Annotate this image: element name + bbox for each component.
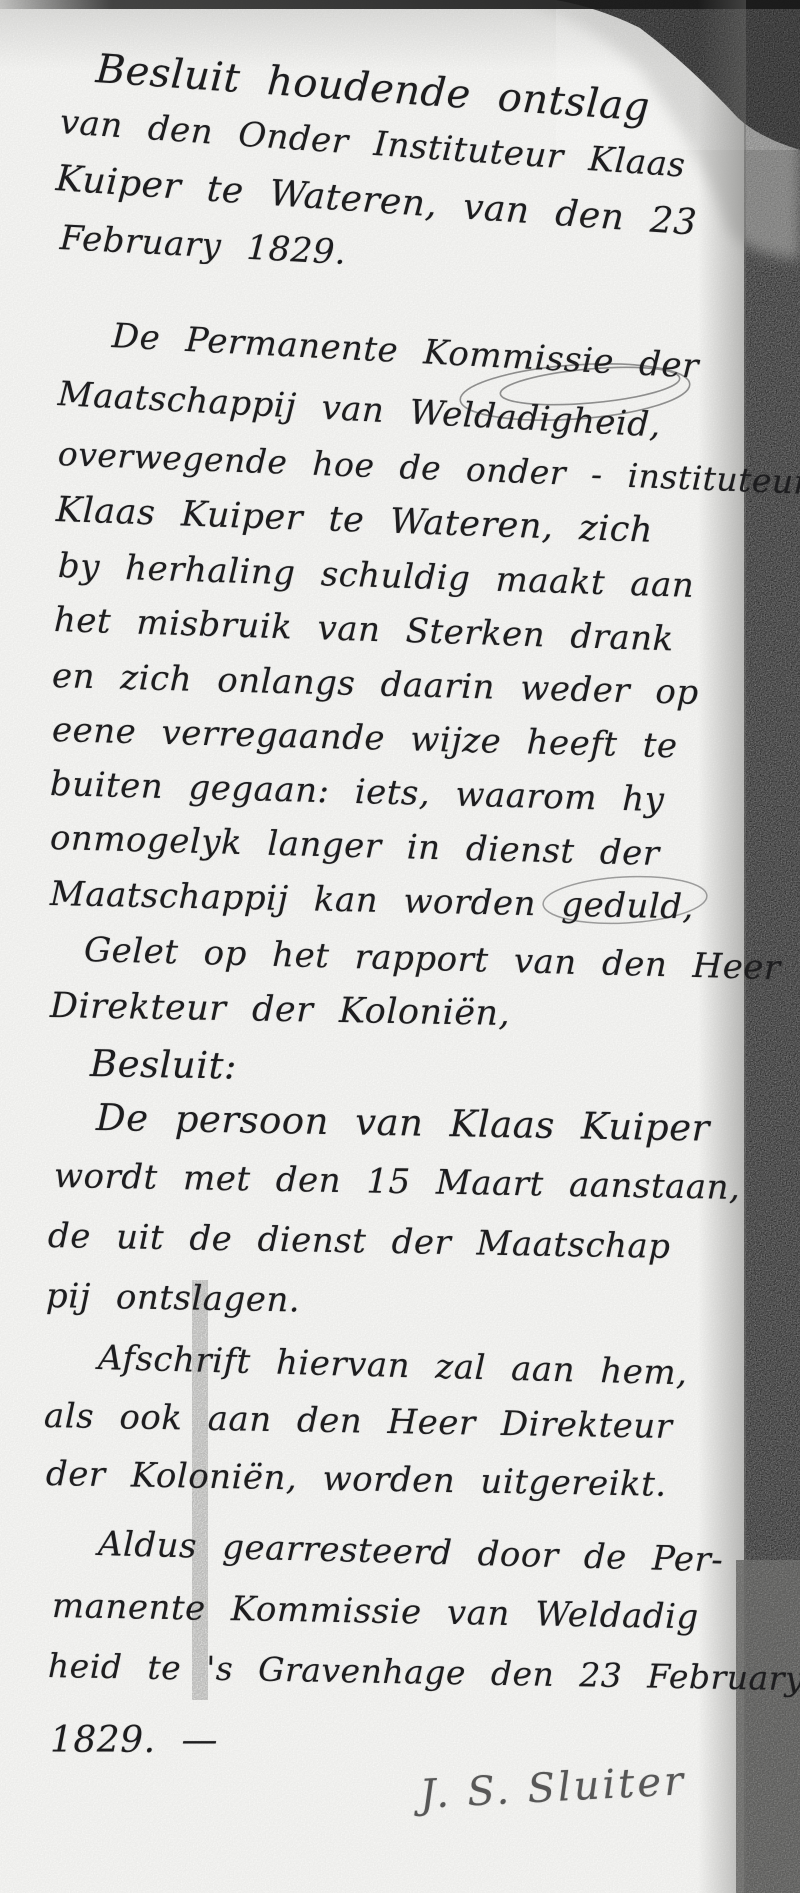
text-line: Direkteur der Koloniën,	[50, 986, 511, 1034]
text-line: en zich onlangs daarin weder op	[51, 656, 699, 713]
text-line: overwegende hoe de onder - instituteur	[57, 434, 800, 502]
text-line: als ook aan den Heer Direkteur	[44, 1396, 673, 1447]
text-line: Klaas Kuiper te Wateren, zich	[55, 490, 653, 551]
text-line: Gelet op het rapport van den Heer	[83, 930, 781, 988]
signature: J. S. Sluiter	[419, 1758, 687, 1818]
text-line: by herhaling schuldig maakt aan	[57, 546, 695, 606]
text-line: Afschrift hiervan zal aan hem,	[97, 1338, 687, 1393]
text-line: February 1829.	[59, 218, 347, 273]
text-line: De persoon van Klaas Kuiper	[96, 1096, 711, 1150]
text-line: Maatschappij kan worden geduld,	[50, 874, 695, 927]
text-line: De Permanente Kommissie der	[111, 316, 700, 387]
text-line: pij ontslagen.	[46, 1276, 301, 1320]
text-line: de uit de dienst der Maatschap	[48, 1216, 671, 1267]
text-line: der Koloniën, worden uitgereikt.	[46, 1454, 667, 1505]
text-line: buiten gegaan: iets, waarom hy	[49, 764, 664, 820]
text-line: onmogelyk langer in dienst der	[49, 818, 660, 874]
manuscript-page: Besluit houdende ontslag van den Onder I…	[0, 0, 800, 1893]
text-line: heid te 's Gravenhage den 23 February	[48, 1646, 800, 1698]
text-line: het misbruik van Sterken drank	[53, 600, 674, 659]
text-line: Aldus gearresteerd door de Per-	[97, 1524, 723, 1580]
text-line: 1829. —	[50, 1720, 218, 1761]
text-line: manente Kommissie van Weldadig	[52, 1586, 699, 1637]
text-line: Besluit:	[90, 1042, 238, 1088]
handwritten-text: Besluit houdende ontslag van den Onder I…	[0, 0, 800, 1893]
text-line: wordt met den 15 Maart aanstaan,	[54, 1156, 741, 1208]
text-line: Maatschappij van Weldadigheid,	[57, 374, 662, 446]
text-line: eene verregaande wijze heeft te	[51, 710, 678, 766]
